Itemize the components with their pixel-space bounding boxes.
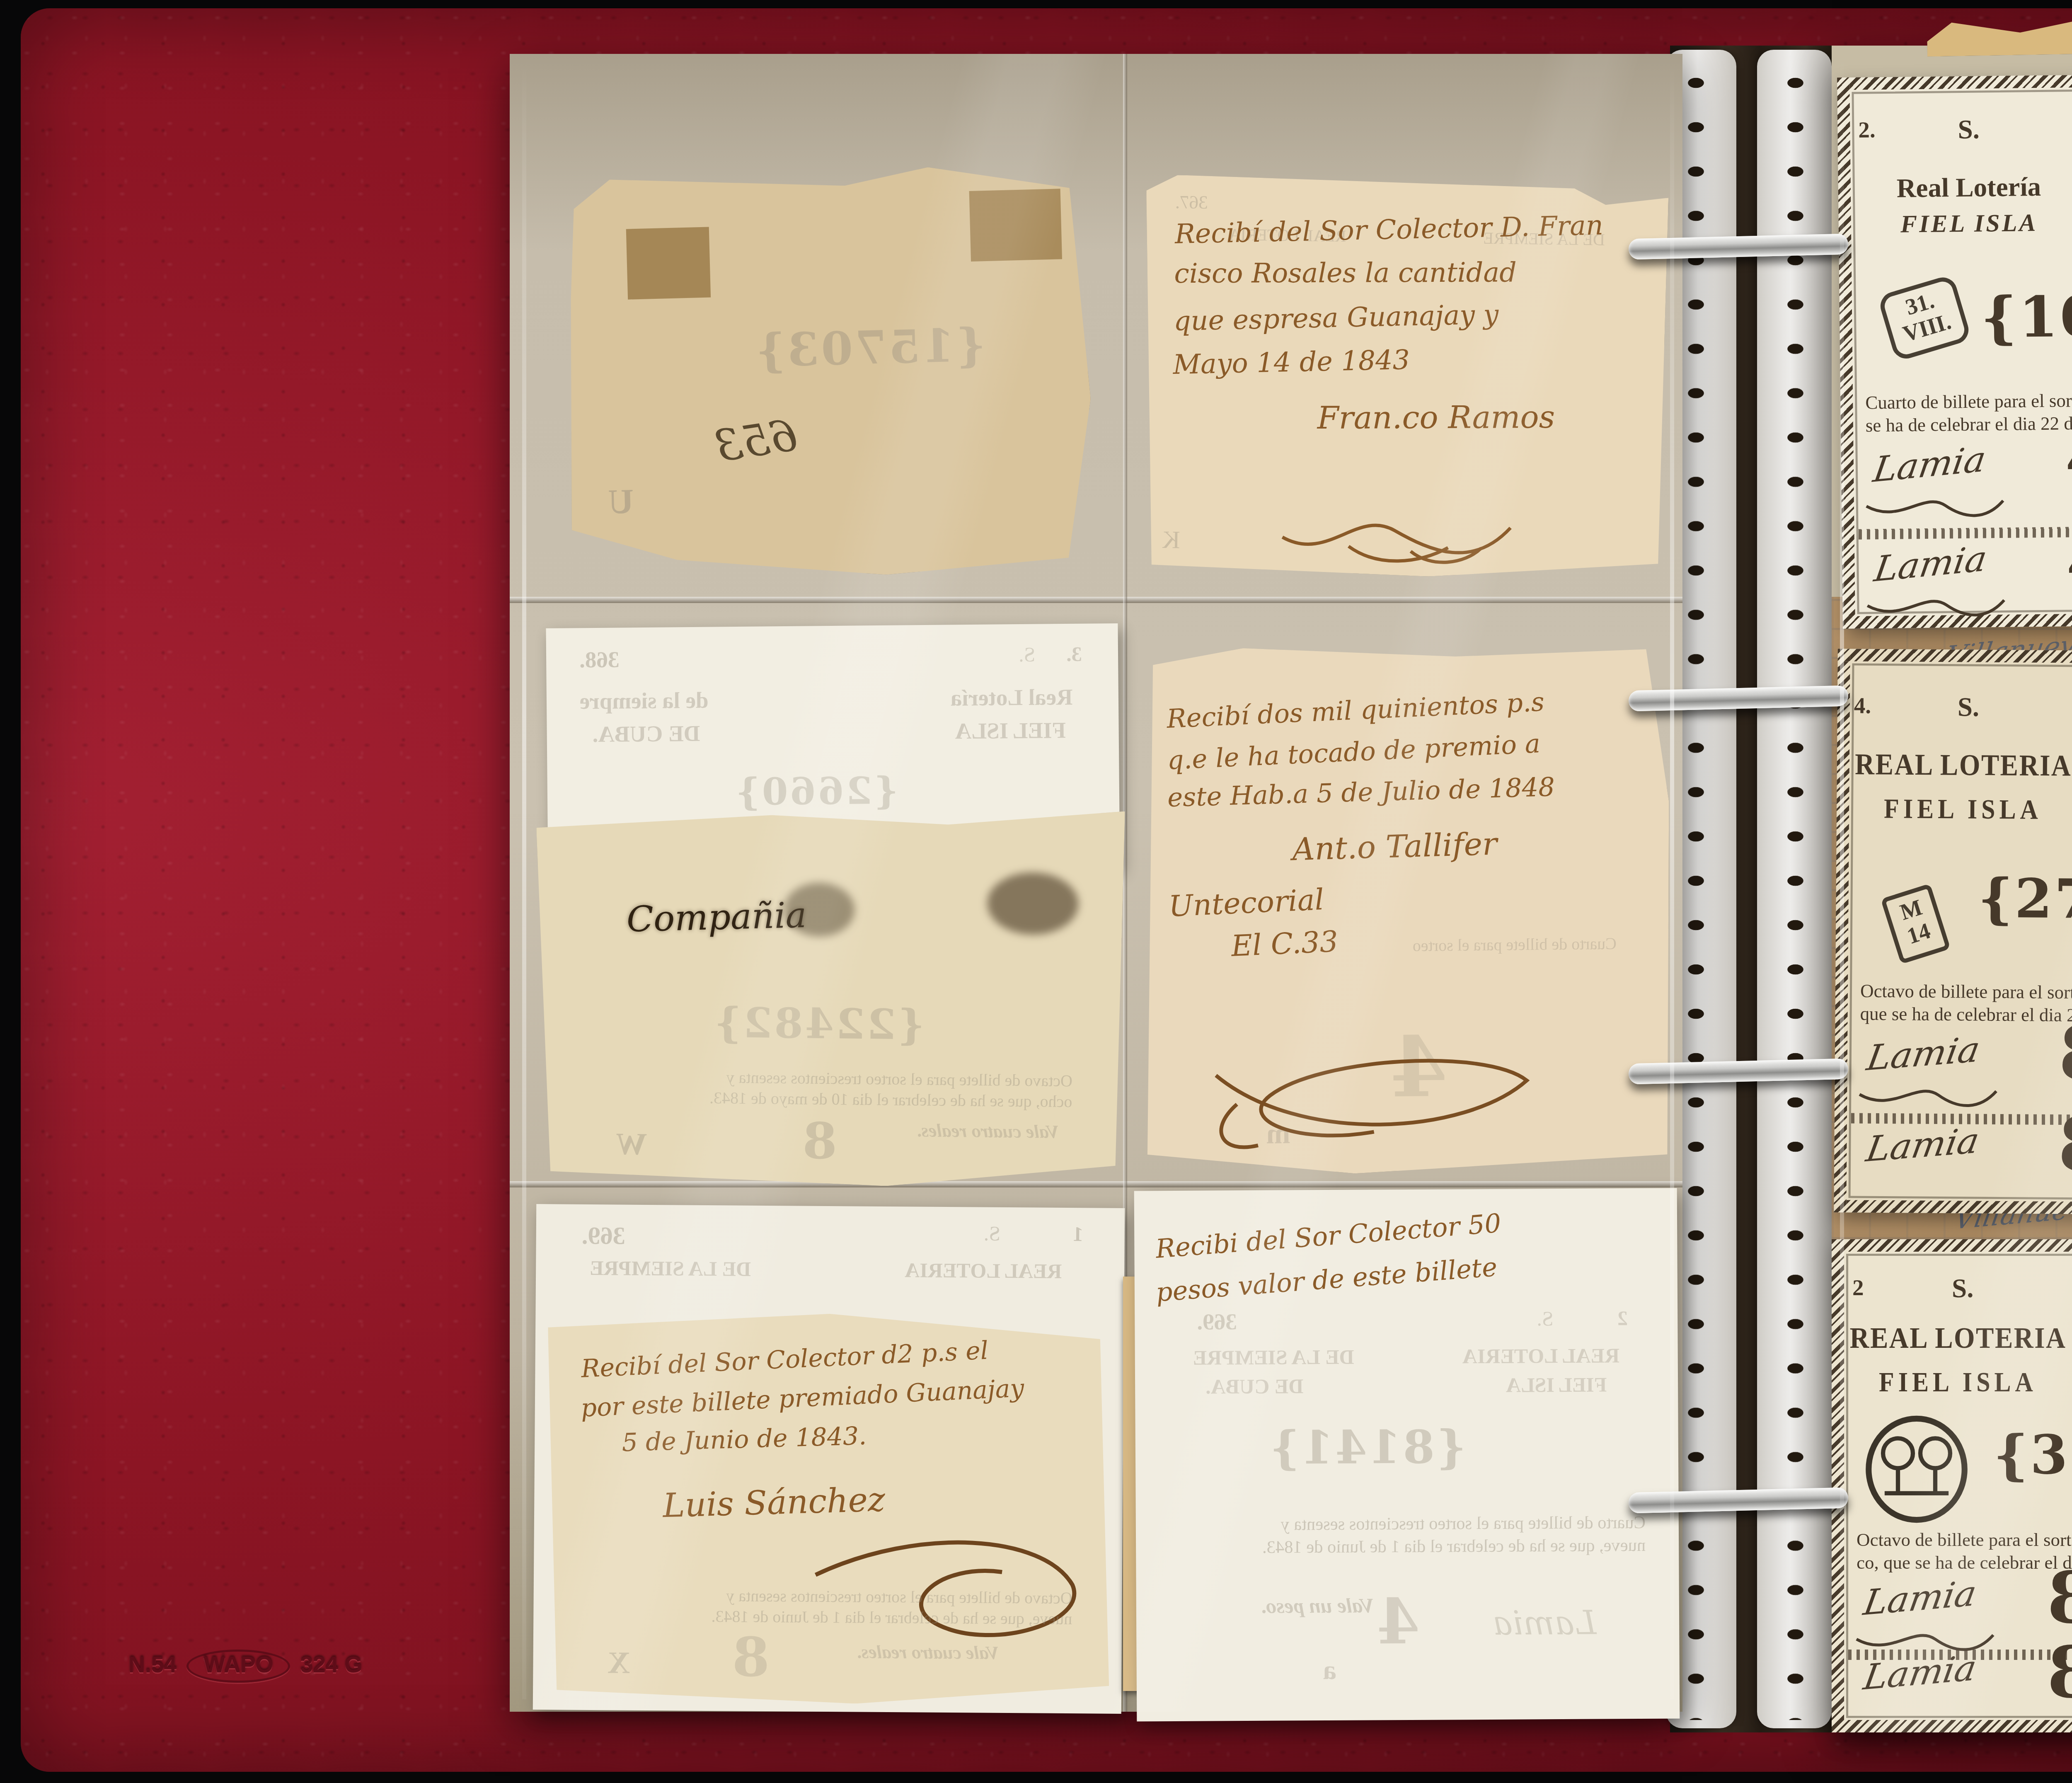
ghost-corner: 2 bbox=[1617, 1308, 1628, 1331]
receipt-line: Recibí del Sor Colector D. Fran bbox=[1174, 211, 1647, 252]
fraction-digit: 4 bbox=[2065, 414, 2072, 502]
emboss-right: 324 G bbox=[300, 1654, 362, 1679]
ghost-big-digit: 8 bbox=[732, 1628, 770, 1691]
brand-line: REAL LOTERIA bbox=[1849, 746, 2072, 785]
collector-signature: Lamia bbox=[1864, 1030, 1982, 1080]
ticket-description: Cuarto de billete para el sorteo trescie… bbox=[1865, 387, 2072, 437]
collector-signature: Lamia bbox=[1871, 540, 1990, 592]
receipt-tallifer: Recibí dos mil quinientos p.s q.e le ha … bbox=[1137, 644, 1673, 1175]
fraction-digit: 8 bbox=[2058, 1011, 2072, 1098]
ghost-brand: de la siempre bbox=[580, 689, 709, 715]
ghost-big-digit: 8 bbox=[802, 1110, 838, 1171]
ghost-signature: Lamia bbox=[1493, 1603, 1596, 1643]
ghost-val: Vale cuatro reales. bbox=[857, 1641, 999, 1663]
ghost-brand: FIEL ISLA bbox=[1507, 1375, 1607, 1398]
ghost-corner: 3. bbox=[1065, 644, 1081, 667]
m14-stamp: M 14 bbox=[1881, 884, 1951, 965]
brand-line: FIEL ISLA bbox=[1849, 792, 2072, 829]
ticket-370-cuarto: 2. S. 370. Real Lotería FIEL ISLA de la … bbox=[1837, 72, 2072, 629]
receipt-signature: Ant.o Tallifer bbox=[1292, 821, 1645, 869]
hand-compania: Compañia bbox=[626, 896, 807, 942]
ghost-letter: W bbox=[616, 1129, 647, 1165]
value-row: Lamia 8 t Vale cuatro reales. 364 t bbox=[1850, 1126, 2072, 1204]
receipt-ramos: 367. REAL LOTERIA DE LA SIEMPRE K Recibí… bbox=[1141, 174, 1668, 579]
collector-signature: Lamia bbox=[1870, 440, 1988, 492]
value-row: Lamia 8 M Vale cuatro reales. 646 M bbox=[1848, 1579, 2072, 1654]
tree-stamp-icon bbox=[1861, 1413, 1973, 1525]
ink-blot bbox=[784, 882, 855, 937]
ghost-serial: {22482} bbox=[712, 998, 925, 1049]
hand-number-mirrored: 653 bbox=[711, 410, 801, 472]
ghost-brand: DE CUBA. bbox=[1205, 1376, 1303, 1400]
ticket-description: Octavo de billete para el sorteo trescie… bbox=[1857, 1529, 2072, 1574]
ghost-num: 369. bbox=[1197, 1311, 1237, 1336]
pocket-seam bbox=[510, 597, 1682, 603]
left-page-sleeve: {15703} 653 U 367. REAL LOTERIA DE LA SI… bbox=[510, 54, 1682, 1712]
ghost-series: S. bbox=[1019, 645, 1036, 668]
ghost-num: 368. bbox=[579, 648, 620, 673]
collector-signature: Lamia bbox=[1861, 1575, 1980, 1626]
ticket-back-taped: {15703} 653 U bbox=[562, 163, 1095, 583]
ticket-back-369-receipt: 1 S. 369. REAL LOTERIA DE LA SIEMPRE Rec… bbox=[533, 1204, 1125, 1714]
value-row: Lamia 4 b Vale un peso. 651 b bbox=[1859, 540, 2072, 624]
signature-flourish bbox=[794, 1512, 1106, 1659]
ghost-serial: {2660} bbox=[733, 770, 898, 815]
signature-flourish bbox=[1862, 490, 2008, 521]
brand-line: FIEL ISLA bbox=[1844, 1366, 2072, 1401]
serial-number: {10680} bbox=[1968, 284, 2072, 352]
receipt-line: Mayo 14 de 1843 bbox=[1173, 341, 1646, 382]
binder-holes-right bbox=[1782, 62, 1809, 1720]
ghost-brand: FIEL ISLA bbox=[954, 719, 1065, 745]
ghost-desc: ocho, que se ha de celebrar el dia 10 de… bbox=[575, 1088, 1072, 1112]
brand-line: REAL LOTERIA bbox=[1844, 1320, 2072, 1357]
ghost-serial: {15703} bbox=[674, 319, 986, 381]
ticket-375-octavo: 2 S. 375. REAL LOTERIA FIEL ISLA DE LA S… bbox=[1832, 1239, 2072, 1732]
corner-number: 2 bbox=[1852, 1277, 1864, 1301]
emboss-left: N.54 bbox=[128, 1654, 177, 1679]
value-row: Lamia 8 t Vale cuatro reales. 364 t bbox=[1851, 1034, 2072, 1117]
pocket-seam bbox=[510, 1181, 1682, 1187]
series-letter: S. bbox=[1958, 691, 1980, 724]
value-row: Lamia 4 b Vale un peso. 634 b bbox=[1857, 436, 2072, 525]
fraction-digit: 4 bbox=[2065, 518, 2072, 606]
ghost-num: 367. bbox=[1175, 191, 1208, 213]
tape-square bbox=[626, 227, 711, 299]
emboss-brand: WAPO bbox=[187, 1650, 290, 1683]
ghost-series: S. bbox=[983, 1224, 1000, 1247]
ghost-serial: {8141} bbox=[1268, 1421, 1466, 1476]
signature-flourish bbox=[1266, 487, 1556, 566]
corner-number: 2. bbox=[1858, 119, 1876, 143]
ghost-desc: nueve, que se ha de celebrar el dia 1 de… bbox=[1169, 1534, 1646, 1558]
receipt-paper: Recibí del Sor Colector d2 p.s el por es… bbox=[545, 1312, 1112, 1705]
ticket-description: Octavo de billete para el sorteo trescie… bbox=[1860, 981, 2072, 1029]
fraction-digit: 8 bbox=[2047, 1558, 2072, 1641]
ghost-series: S. bbox=[1537, 1309, 1554, 1332]
series-letter: S. bbox=[1958, 114, 1980, 147]
ghost-letter: X bbox=[608, 1648, 630, 1683]
collector-signature: Lamia bbox=[1863, 1122, 1982, 1172]
value-row: Lamia 8 M Vale cuatro reales. 646 M bbox=[1848, 1658, 2072, 1720]
ghost-desc: Octavo de billete para el sorteo trescie… bbox=[596, 1586, 1072, 1608]
ghost-val: Vale cuatro reales. bbox=[917, 1120, 1060, 1142]
ghost-num: 369. bbox=[581, 1221, 625, 1252]
ghost-brand: DE CUBA. bbox=[592, 722, 700, 748]
signature-flourish bbox=[1855, 1080, 2000, 1110]
ghost-desc: Cuarto de billete para el sorteo bbox=[1202, 935, 1617, 957]
receipt-line: que espresa Guanajay y bbox=[1173, 298, 1646, 339]
serial-number: {3385} bbox=[1964, 1426, 2072, 1488]
ghost-brand: Real Lotería bbox=[951, 686, 1073, 712]
ghost-brand: REAL LOTERIA bbox=[905, 1260, 1063, 1284]
ghost-brand: DE LA SIEMPRE bbox=[590, 1258, 751, 1282]
ghost-big-digit: 4 bbox=[1377, 1587, 1420, 1660]
receipt-signature: Fran.co Ramos bbox=[1317, 398, 1645, 437]
tape-square bbox=[969, 189, 1062, 262]
ghost-val: Vale un peso. bbox=[1261, 1596, 1374, 1619]
photo-stage: N.54 WAPO 324 G {15703} 653 U 367. REAL … bbox=[0, 0, 2072, 1783]
ghost-corner-letter: U bbox=[608, 482, 634, 524]
right-page-sleeve: Villanueva 8 Vale cuatro reales. Villanu… bbox=[1832, 46, 2072, 1732]
ticket-back-compania: Compañia {22482} Octavo de billete para … bbox=[533, 805, 1125, 1189]
ghost-brand: REAL LOTERIA bbox=[1462, 1346, 1620, 1369]
serial-number: {27303} bbox=[1956, 869, 2072, 933]
fraction-digit: 8 bbox=[2058, 1102, 2072, 1189]
brand-line: Real Lotería bbox=[1859, 170, 2072, 206]
binder-holes-left bbox=[1682, 62, 1709, 1720]
ghost-brand: DE LA SIEMPRE bbox=[1193, 1347, 1354, 1371]
receipt-line: cisco Rosales la cantidad bbox=[1174, 258, 1646, 291]
brand-line: FIEL ISLA bbox=[1859, 208, 2072, 241]
ornamental-divider bbox=[1858, 523, 2072, 539]
ticket-372-octavo: 4. S. 372. REAL LOTERIA FIEL ISLA DE LA … bbox=[1834, 649, 2072, 1216]
date-stamp: 31. VIII. bbox=[1877, 274, 1971, 362]
ink-blot bbox=[987, 872, 1079, 935]
ghost-corner: K bbox=[1162, 525, 1180, 557]
ticket-back-8141: Recibi del Sor Colector 50 pesos valor d… bbox=[1134, 1188, 1680, 1722]
receipt-line: 5 de Junio de 1843. bbox=[622, 1415, 1091, 1458]
receipt-line: este Hab.a 5 de Julio de 1848 bbox=[1167, 768, 1644, 813]
signature-flourish bbox=[1863, 590, 2009, 620]
ghost-desc: nueve, que se ha de celebrar el dia 1 de… bbox=[595, 1606, 1072, 1628]
ghost-letter: a bbox=[1323, 1654, 1337, 1687]
ghost-desc: Cuarto de billete para el sorteo trescie… bbox=[1169, 1512, 1646, 1535]
ghost-corner: 1 bbox=[1073, 1224, 1083, 1247]
signature-flourish bbox=[1174, 1009, 1590, 1158]
corner-number: 4. bbox=[1854, 695, 1871, 719]
ghost-desc: Octavo de billete para el sorteo trescie… bbox=[575, 1067, 1072, 1091]
fraction-digit: 8 bbox=[2047, 1633, 2072, 1716]
series-letter: S. bbox=[1952, 1272, 1973, 1306]
emboss-mark: N.54 WAPO 324 G bbox=[128, 1650, 362, 1683]
